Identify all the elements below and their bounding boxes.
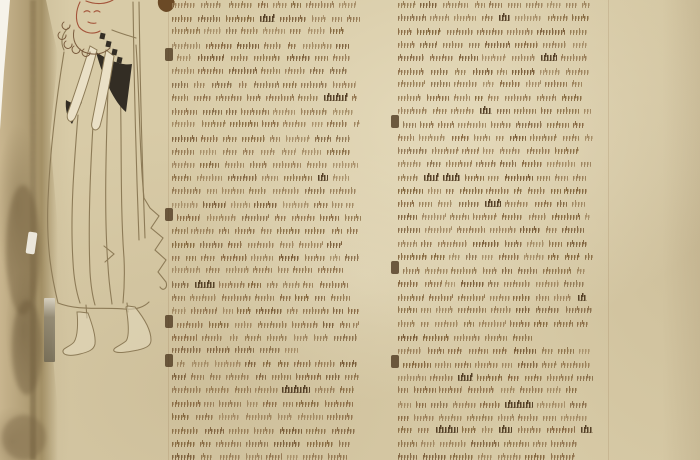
script-word — [502, 361, 512, 368]
ruling-line-left — [168, 0, 169, 460]
script-word — [570, 28, 589, 35]
script-word — [527, 240, 545, 247]
script-word — [566, 306, 593, 313]
script-word — [324, 93, 348, 101]
script-word — [414, 386, 436, 393]
script-word — [549, 240, 562, 247]
script-line — [398, 448, 579, 460]
script-word — [541, 107, 553, 114]
script-word — [258, 1, 268, 8]
script-word — [274, 440, 302, 447]
script-word — [347, 15, 360, 22]
script-word — [172, 161, 195, 168]
script-word — [206, 386, 230, 393]
script-word — [172, 266, 200, 273]
script-word — [500, 80, 519, 87]
script-word — [216, 440, 242, 447]
script-word — [339, 440, 350, 447]
script-word — [572, 14, 588, 21]
script-word — [563, 134, 579, 141]
script-word — [497, 107, 510, 114]
script-word — [424, 173, 439, 181]
script-word — [466, 253, 477, 260]
script-word — [398, 401, 411, 408]
script-word — [298, 413, 324, 420]
script-word — [291, 1, 301, 8]
script-word — [480, 401, 499, 408]
script-word — [247, 94, 262, 101]
script-word — [226, 373, 249, 380]
script-word — [488, 280, 500, 287]
script-word — [219, 281, 245, 288]
script-word — [327, 413, 352, 420]
script-word — [451, 267, 477, 274]
script-word — [177, 54, 192, 61]
script-word — [197, 174, 222, 181]
script-word — [249, 187, 267, 194]
script-line — [172, 49, 354, 61]
script-word — [398, 440, 417, 447]
script-word — [461, 280, 484, 287]
script-word — [557, 200, 568, 207]
script-word — [418, 426, 430, 433]
script-word — [283, 400, 293, 407]
script-line — [172, 276, 353, 288]
script-word — [427, 94, 449, 101]
script-line — [398, 195, 590, 207]
script-word — [221, 254, 247, 261]
script-word — [172, 201, 199, 208]
script-word — [272, 373, 292, 380]
script-word — [438, 121, 454, 128]
script-word — [172, 440, 195, 447]
script-word — [449, 253, 461, 260]
script-word — [421, 440, 436, 447]
script-word — [323, 321, 335, 328]
script-word — [421, 320, 431, 327]
script-word — [572, 200, 585, 207]
script-word — [431, 253, 445, 260]
script-word — [202, 120, 226, 127]
script-word — [514, 107, 536, 114]
script-word — [398, 147, 427, 154]
script-word — [219, 400, 241, 407]
script-word — [333, 161, 359, 168]
script-word — [191, 307, 217, 314]
button-dots — [99, 33, 122, 64]
script-line — [398, 235, 593, 247]
script-word — [420, 41, 437, 48]
script-word — [453, 401, 477, 408]
script-word — [280, 15, 307, 22]
script-word — [256, 307, 283, 314]
script-word — [203, 108, 223, 115]
script-word — [235, 321, 253, 328]
script-word — [332, 427, 355, 434]
script-word — [498, 414, 515, 421]
script-word — [537, 174, 550, 181]
script-word — [436, 306, 454, 313]
script-word — [209, 321, 230, 328]
script-word — [200, 148, 217, 155]
script-word — [508, 1, 520, 8]
script-word — [245, 334, 261, 341]
script-word — [562, 226, 584, 233]
script-word — [475, 1, 485, 8]
script-word — [482, 54, 505, 61]
script-word — [499, 253, 521, 260]
script-word — [452, 134, 471, 141]
script-word — [454, 334, 481, 341]
script-word — [430, 54, 453, 61]
script-word — [398, 1, 416, 8]
script-word — [581, 160, 590, 167]
script-word — [398, 54, 425, 61]
script-word — [542, 361, 557, 368]
script-line — [398, 262, 592, 274]
script-word — [301, 81, 327, 88]
script-word — [561, 361, 589, 368]
script-word — [543, 41, 567, 48]
script-word — [301, 108, 327, 115]
script-word — [172, 15, 192, 22]
script-word — [446, 160, 472, 167]
script-line — [398, 329, 538, 341]
script-word — [398, 386, 408, 393]
script-line — [172, 76, 363, 88]
script-line — [398, 116, 590, 128]
script-word — [480, 106, 492, 114]
script-word — [458, 294, 485, 301]
script-word — [222, 187, 244, 194]
script-word — [260, 346, 280, 353]
script-word — [294, 360, 311, 367]
script-word — [285, 67, 306, 74]
script-word — [398, 453, 417, 460]
script-word — [312, 15, 327, 22]
script-word — [513, 334, 532, 341]
script-word — [551, 440, 578, 447]
script-word — [306, 1, 333, 8]
script-word — [573, 41, 587, 48]
script-word — [336, 42, 350, 49]
script-word — [485, 41, 510, 48]
script-word — [501, 386, 516, 393]
script-word — [331, 294, 351, 301]
script-word — [454, 94, 470, 101]
script-word — [340, 360, 357, 367]
script-word — [296, 400, 319, 407]
script-word — [482, 14, 493, 21]
script-word — [537, 401, 565, 408]
script-word — [512, 54, 537, 61]
script-word — [504, 280, 531, 287]
script-word — [473, 68, 494, 75]
script-word — [247, 400, 258, 407]
script-word — [443, 41, 464, 48]
script-word — [567, 240, 587, 247]
script-word — [500, 160, 516, 167]
script-word — [447, 28, 473, 35]
script-word — [489, 1, 502, 8]
script-word — [507, 28, 532, 35]
script-word — [469, 347, 488, 354]
script-word — [262, 174, 278, 181]
sleeve-shadow-fills — [66, 52, 132, 124]
script-word — [522, 160, 544, 167]
script-line — [398, 356, 595, 368]
script-word — [557, 107, 579, 114]
script-word — [298, 94, 318, 101]
script-word — [422, 213, 446, 220]
paragraph-initial — [391, 261, 399, 274]
paragraph-initial — [165, 354, 173, 367]
script-word — [303, 453, 324, 460]
script-word — [398, 134, 414, 141]
script-word — [294, 334, 310, 341]
script-word — [293, 266, 312, 273]
script-word — [263, 27, 285, 34]
script-word — [537, 94, 556, 101]
script-word — [514, 187, 523, 194]
script-word — [425, 226, 453, 233]
script-word — [345, 254, 360, 261]
script-line — [172, 316, 365, 328]
script-word — [436, 425, 459, 433]
script-line — [172, 368, 364, 380]
script-word — [474, 134, 491, 141]
script-word — [318, 173, 328, 181]
script-word — [287, 54, 311, 61]
script-line — [398, 182, 592, 194]
script-word — [307, 440, 333, 447]
script-word — [172, 386, 201, 393]
script-line — [172, 435, 355, 447]
script-line — [172, 89, 363, 101]
script-line — [172, 103, 358, 115]
script-word — [482, 253, 494, 260]
script-word — [284, 174, 312, 181]
script-word — [201, 135, 218, 142]
script-word — [228, 241, 244, 248]
script-word — [425, 280, 442, 287]
script-line — [398, 36, 592, 48]
script-word — [318, 266, 343, 273]
script-line — [398, 381, 583, 393]
script-word — [287, 307, 298, 314]
script-word — [330, 187, 357, 194]
script-word — [280, 241, 295, 248]
script-line — [398, 89, 589, 101]
script-word — [333, 54, 350, 61]
script-word — [172, 67, 194, 74]
paragraph-initial — [165, 48, 173, 61]
script-word — [398, 347, 422, 354]
script-word — [220, 453, 240, 460]
script-word — [430, 14, 449, 21]
script-word — [398, 226, 420, 233]
script-word — [398, 426, 412, 433]
script-word — [290, 27, 301, 34]
script-word — [425, 267, 448, 274]
script-line — [398, 129, 598, 141]
script-word — [398, 28, 412, 35]
script-line — [172, 37, 355, 49]
script-word — [490, 226, 517, 233]
script-word — [534, 320, 549, 327]
script-line — [398, 248, 597, 260]
script-word — [398, 187, 423, 194]
script-word — [231, 201, 249, 208]
robe-drawing — [48, 28, 167, 318]
script-word — [460, 187, 483, 194]
script-line — [398, 289, 592, 301]
script-line — [398, 435, 584, 447]
script-word — [454, 14, 476, 21]
script-word — [419, 200, 432, 207]
script-line — [172, 196, 360, 208]
script-word — [251, 254, 273, 261]
script-word — [483, 147, 495, 154]
script-line — [398, 421, 598, 433]
script-word — [439, 386, 461, 393]
script-word — [398, 68, 425, 75]
script-word — [491, 306, 511, 313]
script-word — [491, 121, 512, 128]
script-word — [280, 294, 292, 301]
script-word — [235, 227, 255, 234]
script-word — [186, 254, 196, 261]
script-word — [241, 27, 258, 34]
script-word — [398, 334, 419, 341]
script-word — [303, 307, 329, 314]
script-word — [524, 253, 544, 260]
script-word — [473, 213, 497, 220]
script-line — [172, 10, 366, 22]
script-word — [282, 385, 309, 393]
script-word — [504, 440, 530, 447]
script-word — [283, 201, 310, 208]
script-line — [172, 448, 351, 460]
script-word — [540, 68, 560, 75]
script-word — [482, 426, 493, 433]
script-word — [450, 213, 470, 220]
script-word — [462, 147, 479, 154]
script-word — [191, 227, 214, 234]
script-word — [547, 1, 562, 8]
script-line — [398, 49, 593, 61]
script-word — [468, 386, 496, 393]
script-word — [352, 94, 358, 101]
script-word — [177, 360, 186, 367]
binding-clasp-remnant — [44, 298, 55, 362]
script-word — [256, 373, 266, 380]
script-word — [273, 187, 299, 194]
script-word — [315, 135, 331, 142]
script-word — [505, 400, 533, 408]
script-line — [172, 209, 366, 221]
script-word — [435, 361, 451, 368]
script-word — [475, 94, 484, 101]
script-word — [192, 360, 210, 367]
script-line — [172, 62, 354, 74]
script-word — [438, 240, 467, 247]
script-word — [419, 134, 446, 141]
script-word — [336, 135, 350, 142]
script-word — [307, 161, 328, 168]
script-word — [443, 173, 460, 181]
script-line — [172, 341, 304, 353]
script-word — [241, 108, 269, 115]
script-word — [510, 320, 530, 327]
script-word — [255, 294, 274, 301]
script-word — [248, 281, 261, 288]
script-word — [558, 347, 574, 354]
script-line — [398, 342, 597, 354]
script-word — [457, 226, 486, 233]
script-word — [526, 80, 542, 87]
script-line — [398, 155, 595, 167]
script-word — [328, 453, 347, 460]
script-word — [547, 386, 561, 393]
script-line — [398, 396, 592, 408]
script-word — [451, 107, 474, 114]
script-word — [283, 120, 307, 127]
script-word — [398, 80, 425, 87]
script-word — [515, 41, 539, 48]
script-word — [458, 373, 473, 381]
script-word — [273, 161, 301, 168]
text-column-right — [398, 0, 595, 460]
script-word — [398, 107, 427, 114]
script-word — [296, 373, 321, 380]
script-word — [320, 281, 349, 288]
script-word — [505, 94, 532, 101]
script-word — [326, 373, 340, 380]
script-word — [433, 107, 447, 114]
script-word — [485, 334, 508, 341]
script-word — [172, 94, 188, 101]
script-word — [403, 267, 420, 274]
script-word — [585, 134, 593, 141]
script-word — [440, 440, 467, 447]
script-word — [264, 42, 281, 49]
script-word — [339, 1, 357, 8]
script-word — [286, 135, 310, 142]
script-word — [333, 108, 355, 115]
paragraph-initial — [165, 315, 173, 328]
script-word — [518, 414, 539, 421]
ruling-line-right — [608, 0, 609, 460]
script-line — [172, 289, 355, 301]
script-word — [398, 174, 418, 181]
script-word — [490, 294, 510, 301]
script-word — [258, 321, 286, 328]
script-word — [525, 374, 543, 381]
script-line — [172, 130, 354, 142]
script-word — [172, 307, 186, 314]
script-word — [458, 306, 486, 313]
script-word — [527, 147, 550, 154]
script-word — [306, 427, 327, 434]
script-word — [280, 427, 301, 434]
script-line — [172, 422, 359, 434]
script-word — [172, 174, 191, 181]
script-word — [340, 321, 350, 328]
script-word — [561, 54, 589, 61]
script-word — [172, 120, 196, 127]
script-word — [496, 134, 505, 141]
